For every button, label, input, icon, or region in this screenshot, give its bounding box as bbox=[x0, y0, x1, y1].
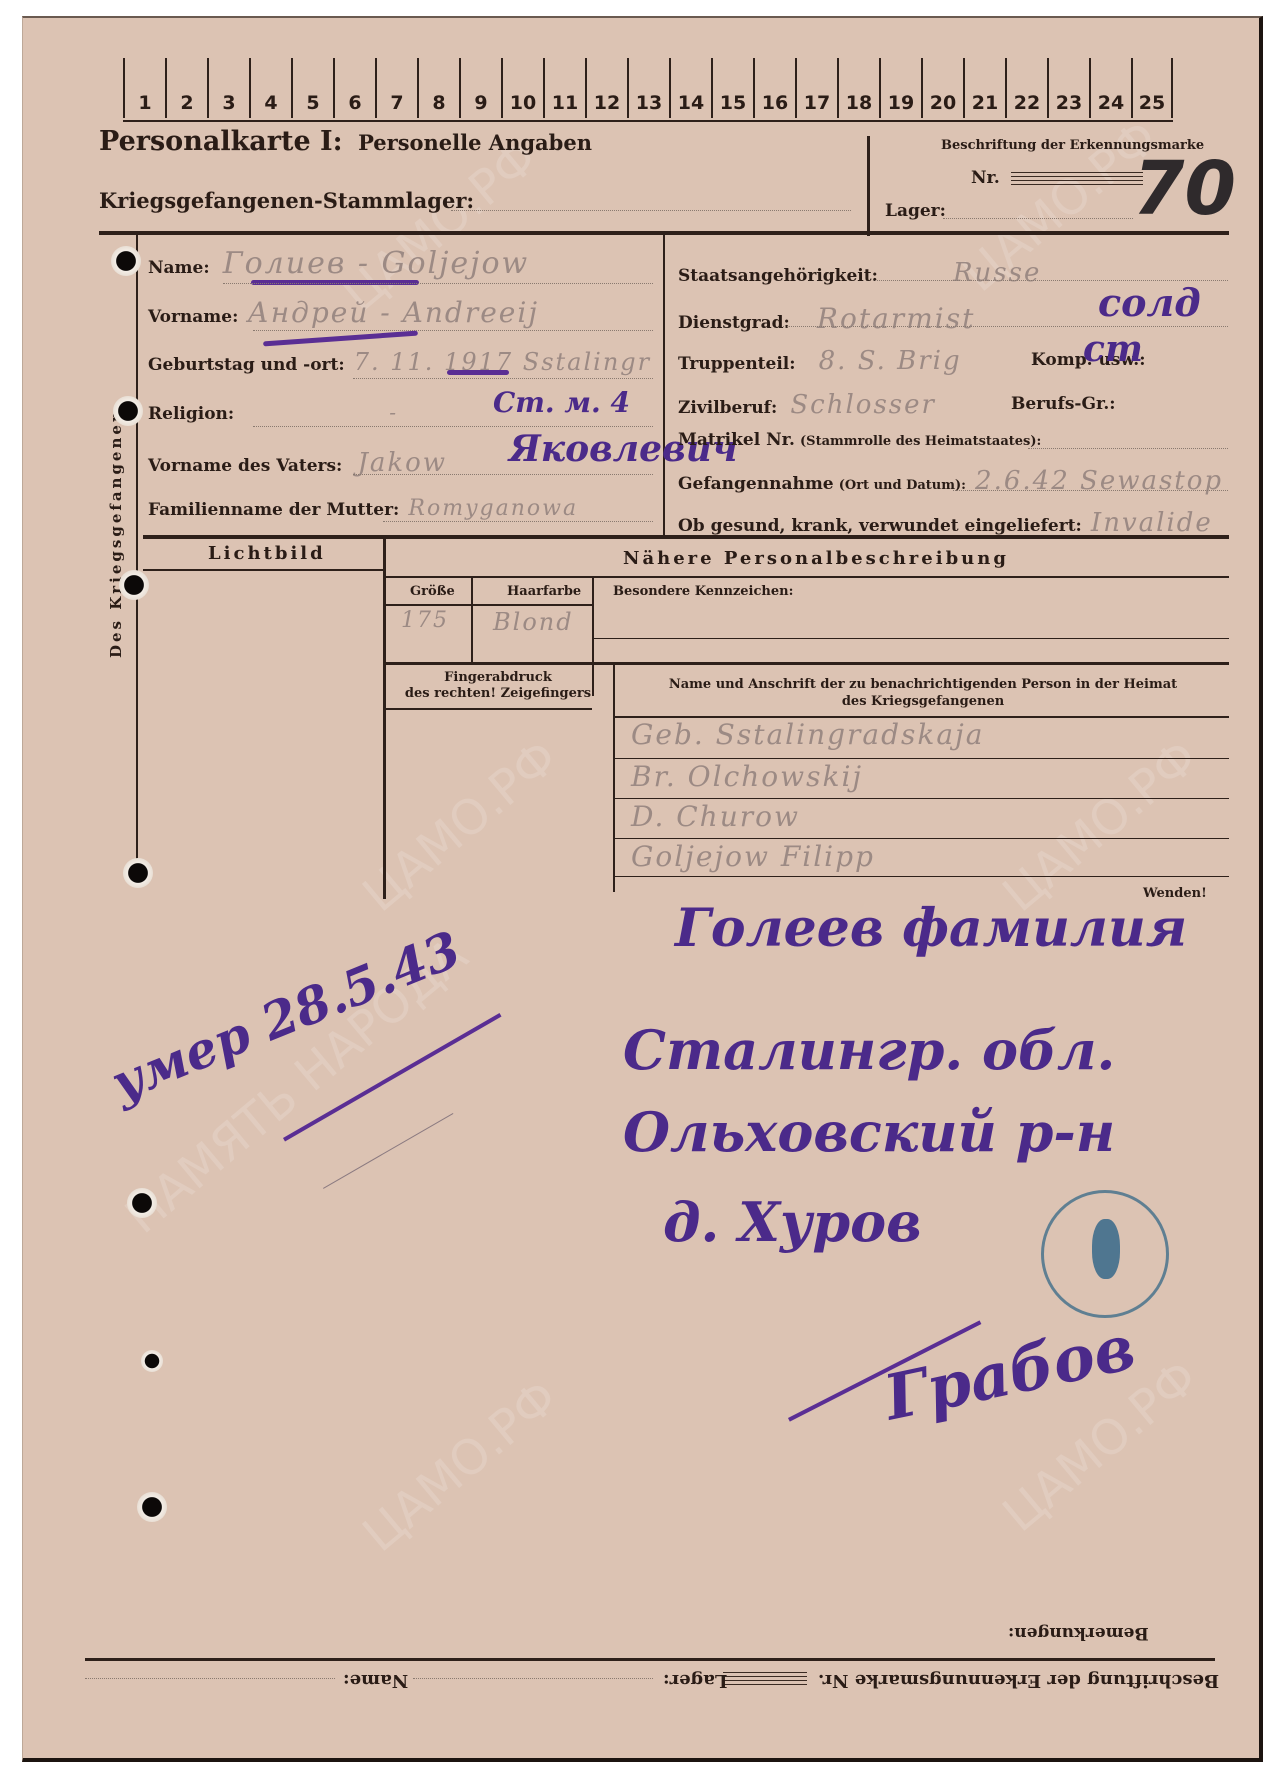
bottom-lager-line bbox=[413, 1678, 653, 1679]
contact-line: D. Churow bbox=[631, 800, 800, 833]
field-vorname-label: Vorname: bbox=[148, 307, 238, 327]
field-matrikel: Matrikel Nr. (Stammrolle des Heimatstaat… bbox=[678, 430, 1238, 450]
lichtbild-divider bbox=[383, 539, 386, 899]
contact-line: Geb. Sstalingradskaja bbox=[631, 718, 984, 751]
field-capture-sublabel: (Ort und Datum): bbox=[839, 478, 966, 493]
ruler-cell: 20 bbox=[921, 58, 963, 118]
field-name-label: Name: bbox=[148, 258, 210, 278]
marke-nr-label: Nr. bbox=[971, 168, 1000, 188]
ruler-cell: 2 bbox=[165, 58, 207, 118]
field-line bbox=[783, 326, 1228, 327]
ruler-cell: 22 bbox=[1005, 58, 1047, 118]
kennzeichen-line bbox=[594, 638, 1229, 639]
punch-hole bbox=[137, 1492, 167, 1522]
ruler-cell: 24 bbox=[1089, 58, 1131, 118]
ruler-cell: 25 bbox=[1131, 58, 1173, 118]
ruler-cell: 15 bbox=[711, 58, 753, 118]
punch-hole bbox=[141, 1350, 163, 1372]
pencil-strike-line bbox=[323, 1113, 453, 1189]
field-unit-value: 8. S. Brig bbox=[819, 346, 962, 376]
field-line bbox=[223, 283, 653, 284]
field-job-group-label: Berufs-Gr.: bbox=[1011, 394, 1116, 414]
fields-bottom-rule bbox=[143, 535, 1229, 539]
finger-top-rule bbox=[386, 662, 1229, 665]
stamp-mark bbox=[1092, 1219, 1120, 1279]
field-line bbox=[1028, 448, 1228, 449]
field-name-value: Голиев - Goljejow bbox=[223, 246, 530, 281]
haarfarbe-label: Haarfarbe bbox=[507, 584, 581, 599]
bottom-rule bbox=[85, 1658, 1215, 1661]
field-line bbox=[383, 521, 653, 522]
number-ruler: 1 2 3 4 5 6 7 8 9 10 11 12 13 14 15 16 1… bbox=[123, 58, 1173, 122]
ruler-cell: 4 bbox=[249, 58, 291, 118]
field-health-label: Ob gesund, krank, verwundet eingeliefert… bbox=[678, 516, 1082, 536]
field-line bbox=[253, 426, 653, 427]
description-heading: Nähere Personalbeschreibung bbox=[623, 548, 1009, 569]
field-rank-value: Rotarmist bbox=[817, 302, 975, 335]
violet-address-line1: Сталингр. обл. bbox=[623, 1018, 1115, 1082]
field-capture-label: Gefangennahme bbox=[678, 474, 834, 494]
finger-rule bbox=[386, 708, 592, 710]
marke-lager-label: Lager: bbox=[885, 201, 946, 221]
field-birth: Geburtstag und -ort: 7. 11. 1917 Sstalin… bbox=[148, 348, 668, 376]
watermark: ЦАМО.РФ bbox=[352, 1369, 568, 1563]
kennzeichen-label: Besondere Kennzeichen: bbox=[613, 584, 793, 599]
photo-placeholder bbox=[145, 571, 381, 901]
round-stamp bbox=[1041, 1190, 1169, 1318]
contact-line: Br. Olchowskij bbox=[631, 760, 863, 793]
violet-address-line3: д. Хуров bbox=[663, 1190, 922, 1254]
field-health: Ob gesund, krank, verwundet eingeliefert… bbox=[678, 508, 1258, 538]
header-divider bbox=[867, 136, 870, 236]
violet-religion-note: Ст. м. 4 bbox=[493, 386, 630, 419]
field-line bbox=[253, 330, 653, 331]
contact-line: Goljejow Filipp bbox=[631, 840, 875, 873]
finger-label: Fingerabdruck des rechten! Zeigefingers bbox=[403, 670, 593, 702]
ruler-cell: 3 bbox=[207, 58, 249, 118]
field-nationality-value: Russe bbox=[953, 258, 1041, 288]
contact-divider bbox=[613, 662, 615, 892]
marke-handwritten-number: 70 bbox=[1133, 146, 1236, 232]
field-capture-value: 2.6.42 Sewastop bbox=[975, 466, 1223, 496]
field-religion-label: Religion: bbox=[148, 404, 234, 424]
ruler-cell: 17 bbox=[795, 58, 837, 118]
contact-row-rule bbox=[615, 798, 1229, 799]
violet-underline bbox=[263, 331, 418, 347]
description-rule bbox=[386, 576, 1229, 578]
fields-divider bbox=[663, 235, 665, 535]
punch-hole bbox=[127, 1188, 157, 1218]
ruler-cell: 16 bbox=[753, 58, 795, 118]
contact-heading-line2: des Kriegsgefangenen bbox=[623, 693, 1223, 710]
ruler-cell: 1 bbox=[123, 58, 165, 118]
marke-lager-line bbox=[943, 218, 1133, 219]
field-line bbox=[353, 474, 653, 475]
side-label: Des Kriegsgefangenen bbox=[107, 408, 125, 658]
bottom-marke-label: Beschriftung der Erkennungsmarke Nr. bbox=[818, 1670, 1219, 1691]
field-matrikel-label: Matrikel Nr. bbox=[678, 430, 795, 450]
contact-row-rule bbox=[615, 758, 1229, 759]
contact-heading-line1: Name und Anschrift der zu benachrichtige… bbox=[623, 676, 1223, 693]
field-capture: Gefangennahme (Ort und Datum): 2.6.42 Se… bbox=[678, 466, 1258, 496]
bottom-name-line bbox=[85, 1678, 335, 1679]
field-vorname: Vorname: Андрей - Andreeij bbox=[148, 296, 658, 329]
field-rank-label: Dienstgrad: bbox=[678, 313, 790, 333]
ruler-cell: 9 bbox=[459, 58, 501, 118]
ruler-cell: 14 bbox=[669, 58, 711, 118]
field-mother-value: Romyganowa bbox=[408, 496, 578, 521]
violet-surname-note: Голеев фамилия bbox=[675, 898, 1187, 959]
groesse-label: Größe bbox=[410, 584, 455, 599]
left-margin-rule bbox=[136, 235, 138, 885]
punch-hole bbox=[119, 570, 149, 600]
violet-underline bbox=[447, 370, 509, 375]
card-title-main: Personalkarte I: bbox=[99, 126, 343, 157]
haarfarbe-value: Blond bbox=[493, 608, 574, 636]
field-unit: Truppenteil: 8. S. Brig bbox=[678, 346, 1238, 376]
field-father-label: Vorname des Vaters: bbox=[148, 456, 342, 476]
field-unit-label: Truppenteil: bbox=[678, 354, 796, 374]
field-mother-label: Familienname der Mutter: bbox=[148, 500, 399, 520]
card-title-sub: Personelle Angaben bbox=[358, 130, 592, 155]
lichtbild-label: Lichtbild bbox=[208, 543, 326, 564]
bottom-lager-label: Lager: bbox=[663, 1670, 728, 1691]
groesse-divider bbox=[471, 578, 473, 662]
ruler-cell: 12 bbox=[585, 58, 627, 118]
ruler-cell: 23 bbox=[1047, 58, 1089, 118]
contact-row-rule bbox=[615, 876, 1229, 877]
finger-label-line1: Fingerabdruck bbox=[403, 670, 593, 686]
punch-hole bbox=[123, 858, 153, 888]
field-civil-job-label: Zivilberuf: bbox=[678, 398, 777, 418]
field-line bbox=[953, 490, 1228, 491]
groesse-value: 175 bbox=[401, 608, 449, 633]
field-civil-job-value: Schlosser bbox=[790, 390, 936, 420]
bemerkungen-label: Bemerkungen: bbox=[1008, 1623, 1149, 1643]
prisoner-personal-card: ЦАМО.РФ ЦАМО.РФ ЦАМО.РФ ЦАМО.РФ ПАМЯТЬ Н… bbox=[22, 16, 1263, 1762]
ruler-cell: 18 bbox=[837, 58, 879, 118]
field-vorname-value: Андрей - Andreeij bbox=[247, 296, 539, 329]
field-religion-value: - bbox=[389, 400, 398, 424]
ruler-cell: 7 bbox=[375, 58, 417, 118]
ruler-cell: 8 bbox=[417, 58, 459, 118]
field-civil-job: Zivilberuf: Schlosser bbox=[678, 390, 1238, 420]
stammlager-label: Kriegsgefangenen-Stammlager: bbox=[99, 188, 474, 213]
field-matrikel-sublabel: (Stammrolle des Heimatstaates): bbox=[800, 434, 1041, 449]
ruler-cell: 10 bbox=[501, 58, 543, 118]
size-hair-rule bbox=[386, 604, 592, 606]
contact-heading: Name und Anschrift der zu benachrichtige… bbox=[623, 676, 1223, 710]
field-mother: Familienname der Mutter: Romyganowa bbox=[148, 496, 658, 521]
punch-hole bbox=[111, 246, 141, 276]
ruler-cell: 6 bbox=[333, 58, 375, 118]
contact-row-rule bbox=[615, 838, 1229, 839]
ruler-cell: 21 bbox=[963, 58, 1005, 118]
card-title: Personalkarte I: Personelle Angaben bbox=[99, 126, 592, 157]
field-nationality-label: Staatsangehörigkeit: bbox=[678, 266, 878, 286]
field-health-value: Invalide bbox=[1091, 508, 1213, 538]
field-name: Name: Голиев - Goljejow bbox=[148, 246, 658, 281]
punch-hole bbox=[113, 396, 143, 426]
violet-unit-note: ст bbox=[1083, 328, 1143, 370]
ruler-cell: 5 bbox=[291, 58, 333, 118]
ruler-cell: 19 bbox=[879, 58, 921, 118]
ruler-cell: 13 bbox=[627, 58, 669, 118]
stammlager-field-line bbox=[451, 210, 851, 211]
bottom-name-label: Name: bbox=[343, 1670, 408, 1691]
watermark: ЦАМО.РФ bbox=[332, 129, 548, 323]
bottom-marke-lines bbox=[723, 1672, 807, 1686]
violet-rank-note: солд bbox=[1098, 280, 1201, 325]
marke-nr-lines bbox=[1011, 172, 1143, 186]
violet-address-line2: Ольховский р-н bbox=[623, 1100, 1115, 1164]
ruler-cell: 11 bbox=[543, 58, 585, 118]
field-birth-label: Geburtstag und -ort: bbox=[148, 355, 345, 375]
field-line bbox=[353, 378, 653, 379]
finger-label-line2: des rechten! Zeigefingers bbox=[403, 686, 593, 702]
